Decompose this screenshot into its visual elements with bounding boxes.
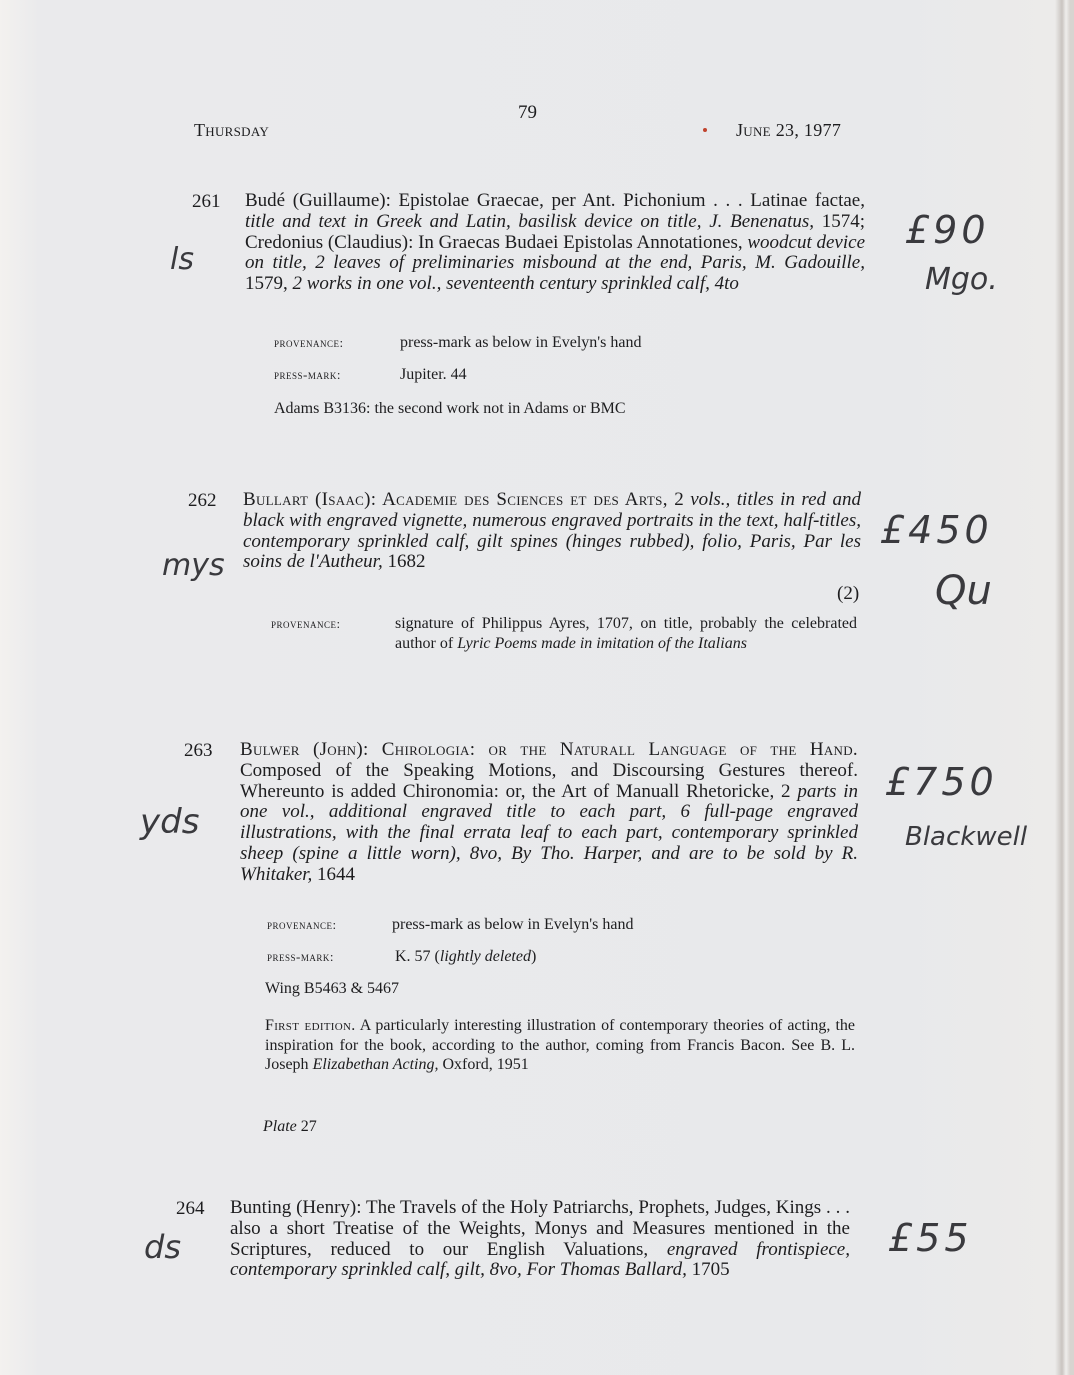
plate-reference: Plate 27: [263, 1117, 317, 1137]
reference-note: Adams B3136: the second work not in Adam…: [274, 399, 626, 419]
note-text: press-mark as below in Evelyn's hand: [392, 916, 634, 933]
handwritten-buyer: Blackwell: [905, 822, 1027, 852]
lot-description: Budé (Guillaume): Epistolae Graecae, per…: [245, 191, 865, 295]
note-text: press-mark as below in Evelyn's hand: [400, 334, 642, 351]
note-label: Provenance:: [271, 614, 395, 634]
handwritten-buyer: Qu: [935, 568, 992, 614]
note-label: Press-mark:: [274, 365, 400, 385]
reference-note: Wing B5463 & 5467: [265, 979, 399, 999]
note-text: Jupiter. 44: [400, 366, 467, 383]
header-day: Thursday: [194, 120, 269, 141]
lot-description: Bullart (Isaac): Academie des Sciences e…: [243, 490, 861, 573]
note-label: Press-mark:: [267, 947, 395, 967]
catalogue-page: Thursday 79 June 23, 1977 261 Budé (Guil…: [0, 0, 1074, 1375]
plate-number: 27: [301, 1118, 317, 1135]
handwritten-price: £55: [888, 1216, 973, 1260]
handwritten-price: £450: [880, 508, 993, 552]
provenance-note: Provenance:signature of Philippus Ayres,…: [271, 614, 861, 654]
handwritten-initials: mys: [162, 548, 225, 583]
handwritten-initials: yds: [140, 802, 199, 842]
lot-number: 262: [188, 490, 217, 511]
provenance-note: Provenance:press-mark as below in Evelyn…: [274, 333, 642, 353]
header-date: June 23, 1977: [736, 120, 841, 141]
note-text: signature of Philippus Ayres, 1707, on t…: [395, 614, 857, 654]
page-number: 79: [518, 102, 537, 124]
press-mark-note: Press-mark:K. 57 (lightly deleted): [267, 947, 536, 967]
plate-label: Plate: [263, 1118, 297, 1135]
first-edition-note: First edition. A particularly interestin…: [265, 1016, 855, 1075]
lot-description: Bulwer (John): Chirologia: or the Natura…: [240, 740, 858, 886]
lot-number: 264: [176, 1198, 205, 1219]
handwritten-initials: ds: [144, 1228, 181, 1266]
handwritten-price: £90: [905, 208, 990, 252]
press-mark-note: Press-mark:Jupiter. 44: [274, 365, 467, 385]
lot-number: 261: [192, 191, 221, 212]
note-text: K. 57 (lightly deleted): [395, 948, 536, 965]
volume-count: (2): [837, 583, 859, 604]
provenance-note: Provenance:press-mark as below in Evelyn…: [267, 915, 634, 935]
lot-number: 263: [184, 740, 213, 761]
lot-description: Bunting (Henry): The Travels of the Holy…: [230, 1198, 850, 1281]
note-label: Provenance:: [274, 333, 400, 353]
handwritten-buyer: Mgo.: [925, 262, 998, 297]
handwritten-initials: ls: [170, 242, 194, 277]
handwritten-price: £750: [885, 760, 998, 804]
note-label: Provenance:: [267, 915, 392, 935]
ink-spot: [703, 128, 707, 132]
